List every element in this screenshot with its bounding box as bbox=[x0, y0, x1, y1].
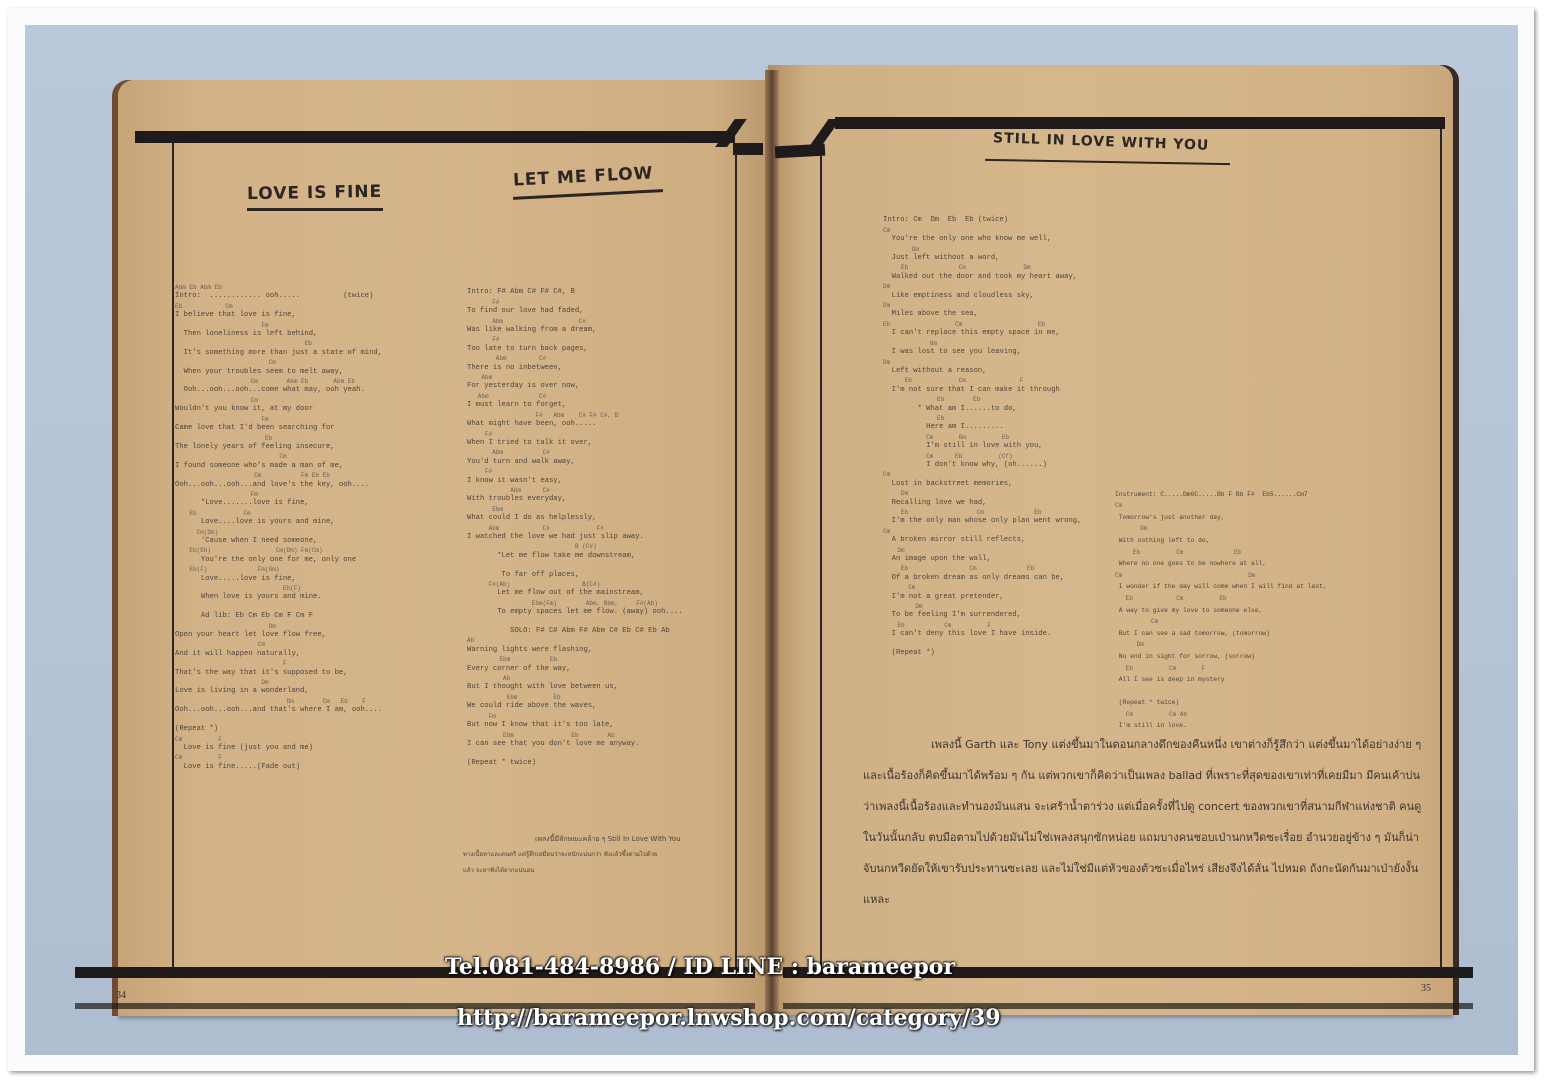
lyric-line: Open your heart let love flow free, bbox=[175, 631, 382, 640]
chord-line: Cm bbox=[175, 358, 382, 367]
chord-line: Dm bbox=[883, 282, 1081, 291]
chord-line: Gm bbox=[883, 339, 1081, 348]
lyric-line: A broken mirror still reflects, bbox=[883, 536, 1081, 545]
chord-line: Cm bbox=[883, 527, 1081, 536]
chord-line: Ebm Eb Ab bbox=[467, 731, 683, 740]
lyric-line: But now I know that it's too late, bbox=[467, 721, 683, 730]
chord-line: F# bbox=[467, 467, 683, 476]
lyrics-still-in-love-col2: Instrument: C.....Dm6C.....Bb F Bb F# Eb… bbox=[1115, 477, 1327, 732]
page-number-right: 35 bbox=[1421, 983, 1431, 994]
lyric-line: We could ride above the waves, bbox=[467, 702, 683, 711]
right-page-rule-right bbox=[1440, 129, 1442, 967]
chord-line: Eb bbox=[175, 339, 382, 348]
chord-line: Abm C# bbox=[467, 448, 683, 457]
lyric-line: Every corner of the way, bbox=[467, 665, 683, 674]
lyric-line: A way to give my love to someone else, bbox=[1115, 605, 1327, 617]
lyric-line: I found someone who's made a man of me, bbox=[175, 462, 382, 471]
chord-line: Abm Eb Abm Eb bbox=[175, 283, 382, 292]
lyric-line: To be feeling I'm surrendered, bbox=[883, 611, 1081, 620]
lyric-line: I'm not a great pretender, bbox=[883, 593, 1081, 602]
chord-line: Dm Cm Eb F bbox=[175, 697, 382, 706]
chord-line: Ebm Eb bbox=[467, 693, 683, 702]
chord-line: Eb Cm F bbox=[883, 376, 1081, 385]
lyrics-love-is-fine: Abm Eb Abm EbIntro: ............ ooh....… bbox=[175, 283, 382, 772]
chord-line: Eb Cm F bbox=[1115, 663, 1327, 675]
lyric-line: With troubles everyday, bbox=[467, 495, 683, 504]
lyric-line: I can't replace this empty space in me, bbox=[883, 329, 1081, 338]
chord-line: Cm(Dm) bbox=[175, 528, 382, 537]
chord-line: Cm Gm Eb bbox=[883, 433, 1081, 442]
lyric-line: When your troubles seem to melt away, bbox=[175, 368, 382, 377]
chord-line: Fm bbox=[175, 415, 382, 424]
chord-line bbox=[467, 279, 683, 288]
chord-line: Eb Fm bbox=[175, 509, 382, 518]
chord-line bbox=[175, 603, 382, 612]
lyric-line: But I thought with love between us, bbox=[467, 683, 683, 692]
lyric-line: You're the only one who know me well, bbox=[883, 235, 1081, 244]
chord-line: Eb bbox=[175, 434, 382, 443]
lyric-line: Then loneliness is left behind, bbox=[175, 330, 382, 339]
chord-line: Eb Cm Eb bbox=[883, 508, 1081, 517]
lyric-line: No end in sight for sorrow, (sorrow) bbox=[1115, 651, 1327, 663]
chord-line: Dm bbox=[883, 602, 1081, 611]
lyric-line: Ooh...ooh...ooh...and love's the key, oo… bbox=[175, 481, 382, 490]
chord-line bbox=[467, 749, 683, 758]
chord-line: Cm bbox=[175, 452, 382, 461]
chord-line: Dm bbox=[1115, 523, 1327, 535]
lyric-line: To far off places, bbox=[467, 571, 683, 580]
lyric-line: (Repeat *) bbox=[175, 725, 382, 734]
lyric-line: Like emptiness and cloudless sky, bbox=[883, 292, 1081, 301]
chord-line: F#(Ab) B(C#) bbox=[467, 580, 683, 589]
chord-line: Eb Cm Eb bbox=[883, 564, 1081, 573]
chord-line: Eb Cm Eb bbox=[883, 320, 1081, 329]
lyric-line: I'm not sure that I can make it through bbox=[883, 386, 1081, 395]
lyric-line: *Let me flow take me downstream, bbox=[467, 552, 683, 561]
lyric-line: * What am I......to do, bbox=[883, 405, 1081, 414]
lyrics-let-me-flow: Intro: F# Abm C# F# C#, B F#To find our … bbox=[467, 279, 683, 768]
chord-line: Cm bbox=[1115, 500, 1327, 512]
lyric-line: I know it wasn't easy, bbox=[467, 477, 683, 486]
chord-line bbox=[467, 561, 683, 570]
chord-line: Dm bbox=[883, 489, 1081, 498]
chord-line: Eb(F) Fm(Gm) bbox=[175, 565, 382, 574]
lyric-line: I'm still in love with you, bbox=[883, 442, 1081, 451]
chord-line: Dm bbox=[175, 622, 382, 631]
left-top-band bbox=[135, 131, 735, 143]
chord-line: Cm Abm Eb Abm Eb bbox=[175, 377, 382, 386]
title-underline bbox=[247, 208, 383, 211]
song-title-love-is-fine: LOVE IS FINE bbox=[247, 182, 383, 204]
chord-line: Eb(F) bbox=[175, 584, 382, 593]
lyric-line: Where no one goes to be nowhere at all, bbox=[1115, 558, 1327, 570]
lyric-line: There is no inbetween, bbox=[467, 364, 683, 373]
lyric-line: With nothing left to do, bbox=[1115, 535, 1327, 547]
lyric-line: And it will happen naturally, bbox=[175, 650, 382, 659]
lyric-line: I must learn to forget, bbox=[467, 401, 683, 410]
lyric-line: (Repeat * twice) bbox=[1115, 697, 1327, 709]
chord-line: Abm C# bbox=[467, 354, 683, 363]
lyric-line: Ooh...ooh...ooh...come what may, ooh yea… bbox=[175, 386, 382, 395]
chord-line: Fm bbox=[175, 321, 382, 330]
chord-line: Cm Dm bbox=[1115, 570, 1327, 582]
chord-line bbox=[1115, 477, 1327, 489]
chord-line: Cm bbox=[1115, 616, 1327, 628]
lyric-line: Intro: F# Abm C# F# C#, B bbox=[467, 288, 683, 297]
chord-line: F# bbox=[467, 335, 683, 344]
lyric-line: To empty spaces let me flow. (away) ooh.… bbox=[467, 608, 683, 617]
chord-line: Fm bbox=[175, 490, 382, 499]
chord-line: Cm bbox=[883, 470, 1081, 479]
lyric-line: Left without a reason, bbox=[883, 367, 1081, 376]
lyric-line: Love.....love is fine, bbox=[175, 575, 382, 584]
chord-line: Cm bbox=[175, 396, 382, 405]
lyric-line: It's something more than just a state of… bbox=[175, 349, 382, 358]
lyric-line: Lost in backstreet memories, bbox=[883, 480, 1081, 489]
lyric-line: For yesterday is over now, bbox=[467, 382, 683, 391]
lyric-line: (Repeat *) bbox=[883, 649, 1081, 658]
chord-line: Eb Cm Eb bbox=[1115, 547, 1327, 559]
footnote-line-2: ทางเนื้อหาและดนตรี แต่รู้สึกเหมือนว่าจะห… bbox=[463, 847, 713, 863]
chord-line: Eb Cm Dm bbox=[883, 263, 1081, 272]
right-page-rule-left bbox=[820, 155, 822, 967]
chord-line: Eb Cm bbox=[175, 302, 382, 311]
chord-line: Cm bbox=[883, 226, 1081, 235]
chord-line: Cm Eb (Cf) bbox=[883, 452, 1081, 461]
lyric-line: Walked out the door and took my heart aw… bbox=[883, 273, 1081, 282]
lyric-line: Love is fine.....(Fade out) bbox=[175, 763, 382, 772]
lyric-line: That's the way that it's supposed to be, bbox=[175, 669, 382, 678]
chord-line: Eb Eb bbox=[883, 395, 1081, 404]
chord-line: Cm bbox=[883, 583, 1081, 592]
left-page-rule-left bbox=[172, 143, 174, 967]
chord-line: Ab bbox=[467, 674, 683, 683]
footnote-line-3: แล้ว จะหาฟังได้ยากแน่นอน bbox=[463, 863, 713, 879]
lyric-line: When I tried to talk it over, bbox=[467, 439, 683, 448]
lyric-line: Tomorrow's just another day, bbox=[1115, 512, 1327, 524]
chord-line: Abm C# F# bbox=[467, 524, 683, 533]
chord-line bbox=[1115, 686, 1327, 698]
lyric-line: I believe that love is fine, bbox=[175, 311, 382, 320]
chord-line: Ebm(Fm) Abm, Bbm, F#(Ab) bbox=[467, 599, 683, 608]
chord-line: Dm bbox=[883, 301, 1081, 310]
lyric-line: Love is fine (just you and me) bbox=[175, 744, 382, 753]
chord-line: Fm bbox=[467, 712, 683, 721]
chord-line: F# bbox=[467, 430, 683, 439]
chord-line: Ebm bbox=[467, 505, 683, 514]
chord-line: F# Abm C# F# C#, B bbox=[467, 411, 683, 420]
chord-line bbox=[175, 716, 382, 725]
chord-line: Abm C# bbox=[467, 486, 683, 495]
chord-line: F# bbox=[467, 298, 683, 307]
lyric-line: Came love that I'd been searching for bbox=[175, 424, 382, 433]
lyric-line: I can't deny this love I have inside. bbox=[883, 630, 1081, 639]
chord-line: Dm bbox=[1115, 639, 1327, 651]
lyric-line: I was lost to see you leaving, bbox=[883, 348, 1081, 357]
lyric-line: Intro: Cm Dm Eb Eb (twice) bbox=[883, 216, 1081, 225]
lyric-line: Here am I......... bbox=[883, 423, 1081, 432]
lyric-line: Too late to turn back pages, bbox=[467, 345, 683, 354]
lyric-line: Ad lib: Eb Cm Eb Cm F Cm F bbox=[175, 612, 382, 621]
chord-line: Dm bbox=[883, 358, 1081, 367]
chord-line: B (C#) bbox=[467, 542, 683, 551]
chord-line: Abm C# bbox=[467, 317, 683, 326]
watermark-url[interactable]: http://barameepor.lnwshop.com/category/3… bbox=[457, 1005, 1001, 1031]
lyric-line: Ooh...ooh...ooh...and that's where I am,… bbox=[175, 706, 382, 715]
chord-line bbox=[883, 207, 1081, 216]
chord-line: Eb bbox=[883, 414, 1081, 423]
lyric-line: To find our love had faded, bbox=[467, 307, 683, 316]
lyric-line: Let me flow out of the mainstream, bbox=[467, 589, 683, 598]
lyric-line: Instrument: C.....Dm6C.....Bb F Bb F# Eb… bbox=[1115, 489, 1327, 501]
footnote-line-1: เพลงนี้มีลักษณะคล้าย ๆ Still In Love Wit… bbox=[535, 831, 785, 847]
chord-line: Eb Cm Eb bbox=[1115, 593, 1327, 605]
lyric-line: Love is living in a wonderland, bbox=[175, 687, 382, 696]
chord-line: Cm F bbox=[175, 735, 382, 744]
lyric-line: I don't know why, (oh......) bbox=[883, 461, 1081, 470]
commentary-paragraph: เพลงนี้ Garth และ Tony แต่งขึ้นมาในตอนกล… bbox=[863, 729, 1423, 915]
photo: LOVE IS FINE LET ME FLOW STILL IN LOVE W… bbox=[25, 25, 1518, 1055]
chord-line: Ebm Eb bbox=[467, 655, 683, 664]
lyrics-still-in-love-col1: Intro: Cm Dm Eb Eb (twice)Cm You're the … bbox=[883, 207, 1081, 659]
chord-line: Cm F bbox=[175, 753, 382, 762]
chord-line: Dm bbox=[883, 546, 1081, 555]
chord-line: Eb Cm F bbox=[883, 621, 1081, 630]
lyric-line: An image upon the wall, bbox=[883, 555, 1081, 564]
watermark-contact: Tel.081-484-8986 / ID LINE : barameepor bbox=[445, 954, 955, 980]
lyric-line: What could I do as helplessly, bbox=[467, 514, 683, 523]
right-top-band bbox=[835, 117, 1445, 129]
chord-line: Eb(Eb) Cm(Dm) Fm(Cm) bbox=[175, 546, 382, 555]
chord-line: Cm bbox=[175, 640, 382, 649]
lyric-line: Love....love is yours and mine, bbox=[175, 518, 382, 527]
chord-line: F bbox=[175, 659, 382, 668]
left-top-band-end bbox=[733, 143, 763, 155]
lyric-line: SOLO: F# C# Abm F# Abm C# Eb C# Eb Ab bbox=[467, 627, 683, 636]
lyric-line: Of a broken dream as only dreams can be, bbox=[883, 574, 1081, 583]
lyric-line: Recalling love we had, bbox=[883, 499, 1081, 508]
chord-line: Dm bbox=[175, 678, 382, 687]
lyric-line: I wonder if the day will come when I wil… bbox=[1115, 581, 1327, 593]
lyric-line: Intro: ............ ooh..... (twice) bbox=[175, 292, 382, 301]
lyric-line: The lonely years of feeling insecure, bbox=[175, 443, 382, 452]
chord-line: Abm bbox=[467, 373, 683, 382]
chord-line: Cm Cm Ab bbox=[1115, 709, 1327, 721]
lyric-line: Just left without a word, bbox=[883, 254, 1081, 263]
lyric-line: Warning lights were flashing, bbox=[467, 646, 683, 655]
lyric-line: (Repeat * twice) bbox=[467, 759, 683, 768]
lyric-line: I'm the only man whose only plan went wr… bbox=[883, 517, 1081, 526]
lyric-line: *Love.......love is fine, bbox=[175, 499, 382, 508]
lyric-line: I watched the love we had just slip away… bbox=[467, 533, 683, 542]
lyric-line: But I can see a sad tomorrow, (tomorrow) bbox=[1115, 628, 1327, 640]
book-spine bbox=[765, 70, 779, 1015]
lyric-line: When love is yours and mine. bbox=[175, 593, 382, 602]
chord-line: Dm bbox=[883, 245, 1081, 254]
chord-line: Abm C# bbox=[467, 392, 683, 401]
lyric-line: Wouldn't you know it, at my door bbox=[175, 405, 382, 414]
page-number-left: 34 bbox=[116, 990, 126, 1001]
lyric-line: Was like walking from a dream, bbox=[467, 326, 683, 335]
chord-line: Ab bbox=[467, 636, 683, 645]
lyric-line: Miles above the sea, bbox=[883, 310, 1081, 319]
lyric-line: You're the only one for me, only one bbox=[175, 556, 382, 565]
chord-line bbox=[467, 618, 683, 627]
lyric-line: You'd turn and walk away, bbox=[467, 458, 683, 467]
lyric-line: I can see that you don't love me anyway. bbox=[467, 740, 683, 749]
lyric-line: What might have been, ooh..... bbox=[467, 420, 683, 429]
lyric-line: 'Cause when I need someone, bbox=[175, 537, 382, 546]
chord-line: Cm Fm Eb Eb bbox=[175, 471, 382, 480]
chord-line bbox=[883, 640, 1081, 649]
lyric-line: All I see is deep in mystery bbox=[1115, 674, 1327, 686]
